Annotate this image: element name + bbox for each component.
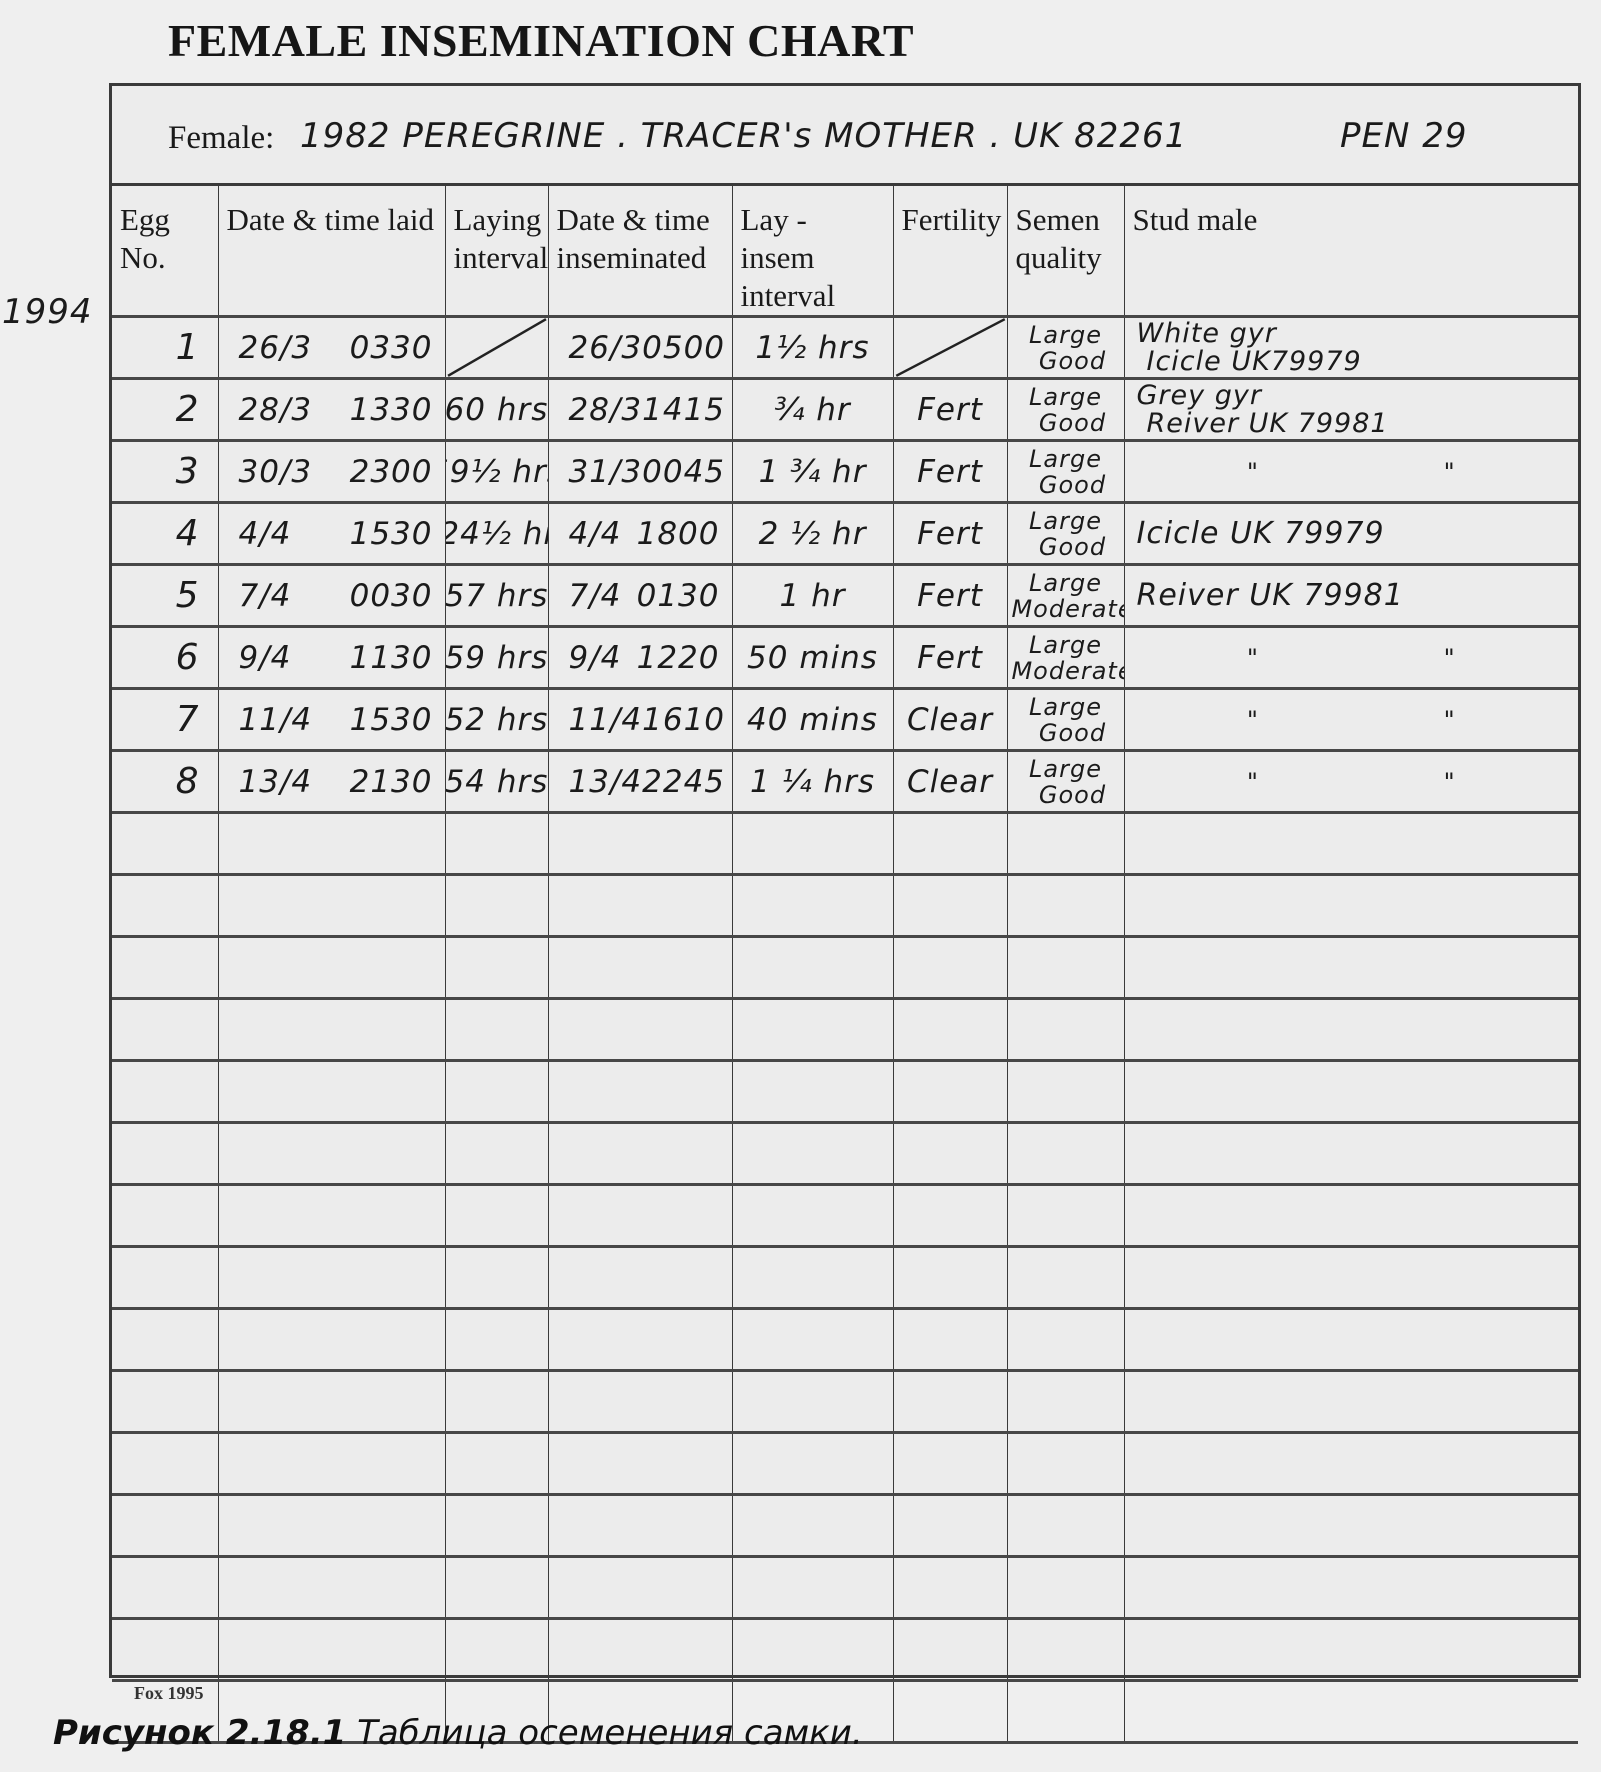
empty-table-row: [112, 1185, 1578, 1247]
semen-grade: Good: [1025, 534, 1106, 560]
ditto-mark: ": [1444, 644, 1456, 672]
lay-insem-interval: 1½ hrs: [733, 318, 893, 377]
semen-volume: Large: [1029, 632, 1102, 658]
table-header-row: Egg No. Date & time laid Laying interval…: [112, 183, 1578, 317]
ditto-mark: ": [1247, 706, 1259, 734]
laying-interval-empty: [445, 317, 548, 379]
lay-insem-interval: 50 mins: [733, 628, 893, 687]
date-time-inseminated: 13/42245: [549, 752, 732, 811]
insem-date: 11/4: [569, 702, 643, 738]
semen-volume: Large: [1029, 508, 1102, 534]
laid-date: 28/3: [239, 392, 313, 428]
insem-date: 26/3: [569, 330, 643, 366]
fertility: Fert: [894, 442, 1007, 501]
stud-male: Reiver UK 79981: [1125, 566, 1579, 625]
stud-male-id: Icicle UK 79979: [1137, 520, 1385, 548]
insem-time: 0500: [642, 330, 725, 366]
fertility: Clear: [894, 690, 1007, 749]
insem-time: 1415: [642, 392, 725, 428]
table-row: 69/4113059 hrs9/4122050 minsFertLargeMod…: [112, 627, 1578, 689]
laid-date: 26/3: [239, 330, 313, 366]
date-time-inseminated: 4/41800: [549, 504, 732, 563]
egg-number: 6: [112, 628, 218, 687]
egg-number: 7: [112, 690, 218, 749]
not-applicable-slash-icon: [446, 318, 548, 377]
column-header: Date & time inseminated: [548, 183, 732, 317]
semen-quality: LargeGood: [1008, 318, 1124, 377]
chart-title: FEMALE INSEMINATION CHART: [168, 14, 914, 67]
insem-time: 1610: [642, 702, 725, 738]
insemination-table: Egg No. Date & time laid Laying interval…: [112, 183, 1578, 1744]
ditto-mark: ": [1444, 768, 1456, 796]
semen-grade: Good: [1025, 720, 1106, 746]
lay-insem-interval: 1 ¼ hrs: [733, 752, 893, 811]
insem-date: 13/4: [569, 764, 643, 800]
stud-male: White gyrIcicle UK79979: [1125, 318, 1579, 377]
empty-table-row: [112, 1495, 1578, 1557]
laid-time: 2130: [350, 764, 433, 800]
insem-date: 31/3: [569, 454, 643, 490]
fertility-empty: [893, 317, 1007, 379]
year-note: 1994: [2, 292, 93, 332]
insem-date: 7/4: [569, 578, 622, 614]
female-pen: PEN 29: [1340, 116, 1468, 156]
insem-time: 0045: [642, 454, 725, 490]
stud-male-ditto: "": [1125, 628, 1579, 687]
laid-date: 9/4: [239, 640, 292, 676]
stud-male-ditto: "": [1125, 442, 1579, 501]
empty-table-row: [112, 937, 1578, 999]
laying-interval: 60 hrs: [446, 380, 548, 439]
empty-table-row: [112, 999, 1578, 1061]
table-row: 330/3230059½ hrs31/300451 ¾ hrFertLargeG…: [112, 441, 1578, 503]
ditto-mark: ": [1247, 768, 1259, 796]
semen-volume: Large: [1029, 570, 1102, 596]
semen-quality: LargeModerate: [1008, 628, 1124, 687]
ditto-mark: ": [1247, 458, 1259, 486]
laying-interval: 57 hrs: [446, 566, 548, 625]
laid-time: 0330: [350, 330, 433, 366]
table-row: 813/4213054 hrs13/422451 ¼ hrsClearLarge…: [112, 751, 1578, 813]
semen-grade: Moderate: [1007, 658, 1124, 684]
egg-number: 4: [112, 504, 218, 563]
table-row: 126/3033026/305001½ hrsLargeGoodWhite gy…: [112, 317, 1578, 379]
egg-number: 5: [112, 566, 218, 625]
female-row: Female: 1982 PEREGRINE . TRACER's MOTHER…: [112, 86, 1578, 186]
lay-insem-interval: 2 ½ hr: [733, 504, 893, 563]
table-row: 44/41530124½ hrs4/418002 ½ hrFertLargeGo…: [112, 503, 1578, 565]
laid-time: 1330: [350, 392, 433, 428]
lay-insem-interval: 40 mins: [733, 690, 893, 749]
column-header: Egg No.: [112, 183, 218, 317]
date-time-inseminated: 11/41610: [549, 690, 732, 749]
stud-male-id: Reiver UK 79981: [1137, 582, 1404, 610]
date-time-inseminated: 9/41220: [549, 628, 732, 687]
ditto-mark: ": [1444, 706, 1456, 734]
lay-insem-interval: 1 hr: [733, 566, 893, 625]
date-time-laid: 13/42130: [219, 752, 445, 811]
egg-number: 3: [112, 442, 218, 501]
lay-insem-interval: 1 ¾ hr: [733, 442, 893, 501]
date-time-inseminated: 28/31415: [549, 380, 732, 439]
stud-male: Grey gyrReiver UK 79981: [1125, 380, 1579, 439]
empty-table-row: [112, 813, 1578, 875]
semen-grade: Moderate: [1007, 596, 1124, 622]
semen-volume: Large: [1029, 756, 1102, 782]
insem-time: 2245: [642, 764, 725, 800]
table-row: 711/4153052 hrs11/4161040 minsClearLarge…: [112, 689, 1578, 751]
empty-table-row: [112, 1309, 1578, 1371]
column-header: Lay - insem interval: [732, 183, 893, 317]
table-row: 57/4003057 hrs7/401301 hrFertLargeModera…: [112, 565, 1578, 627]
date-time-inseminated: 31/30045: [549, 442, 732, 501]
semen-grade: Good: [1025, 348, 1106, 374]
stud-male-ditto: "": [1125, 690, 1579, 749]
fertility: Fert: [894, 504, 1007, 563]
fertility: Fert: [894, 628, 1007, 687]
semen-volume: Large: [1029, 384, 1102, 410]
semen-quality: LargeGood: [1008, 380, 1124, 439]
column-header: Date & time laid: [218, 183, 445, 317]
date-time-laid: 9/41130: [219, 628, 445, 687]
semen-quality: LargeGood: [1008, 442, 1124, 501]
date-time-inseminated: 7/40130: [549, 566, 732, 625]
column-header: Fertility: [893, 183, 1007, 317]
empty-table-row: [112, 1619, 1578, 1681]
laid-date: 30/3: [239, 454, 313, 490]
source-credit: Fox 1995: [134, 1683, 204, 1704]
empty-table-row: [112, 1123, 1578, 1185]
egg-number: 2: [112, 380, 218, 439]
date-time-laid: 11/41530: [219, 690, 445, 749]
empty-table-row: [112, 1247, 1578, 1309]
insem-time: 1220: [637, 640, 720, 676]
lay-insem-interval: ¾ hr: [733, 380, 893, 439]
empty-table-row: [112, 1061, 1578, 1123]
ditto-mark: ": [1247, 644, 1259, 672]
empty-table-row: [112, 875, 1578, 937]
fertility: Clear: [894, 752, 1007, 811]
date-time-laid: 4/41530: [219, 504, 445, 563]
stud-male: Icicle UK 79979: [1125, 504, 1579, 563]
laid-time: 1130: [350, 640, 433, 676]
laying-interval: 52 hrs: [446, 690, 548, 749]
stud-male-id: Reiver UK 79981: [1137, 410, 1389, 438]
column-header: Laying interval: [445, 183, 548, 317]
stud-male-breed: Grey gyr: [1137, 382, 1262, 410]
semen-quality: LargeGood: [1008, 752, 1124, 811]
laid-time: 1530: [350, 702, 433, 738]
figure-caption: Рисунок 2.18.1 Таблица осеменения самки.: [53, 1713, 863, 1753]
laying-interval: 54 hrs: [446, 752, 548, 811]
date-time-inseminated: 26/30500: [549, 318, 732, 377]
semen-quality: LargeGood: [1008, 504, 1124, 563]
figure-caption-text: Таблица осеменения самки.: [357, 1713, 863, 1753]
insemination-chart-form: Female: 1982 PEREGRINE . TRACER's MOTHER…: [109, 83, 1581, 1678]
laid-time: 1530: [350, 516, 433, 552]
egg-number: 8: [112, 752, 218, 811]
insem-date: 9/4: [569, 640, 622, 676]
date-time-laid: 30/32300: [219, 442, 445, 501]
semen-grade: Good: [1025, 410, 1106, 436]
semen-quality: LargeModerate: [1008, 566, 1124, 625]
figure-number: Рисунок 2.18.1: [53, 1713, 346, 1753]
stud-male-ditto: "": [1125, 752, 1579, 811]
laying-interval: 59½ hrs: [446, 442, 548, 501]
table-row: 228/3133060 hrs28/31415¾ hrFertLargeGood…: [112, 379, 1578, 441]
empty-table-row: [112, 1557, 1578, 1619]
date-time-laid: 26/30330: [219, 318, 445, 377]
ditto-mark: ": [1444, 458, 1456, 486]
stud-male-breed: White gyr: [1137, 320, 1277, 348]
insem-date: 28/3: [569, 392, 643, 428]
insem-time: 0130: [637, 578, 720, 614]
laid-date: 13/4: [239, 764, 313, 800]
fertility: Fert: [894, 566, 1007, 625]
empty-table-row: [112, 1371, 1578, 1433]
laying-interval: 124½ hrs: [446, 504, 548, 563]
laid-time: 0030: [350, 578, 433, 614]
semen-volume: Large: [1029, 694, 1102, 720]
laid-date: 4/4: [239, 516, 292, 552]
stud-male-id: Icicle UK79979: [1137, 348, 1362, 376]
date-time-laid: 28/31330: [219, 380, 445, 439]
column-header: Semen quality: [1007, 183, 1124, 317]
laid-date: 11/4: [239, 702, 313, 738]
laying-interval: 59 hrs: [446, 628, 548, 687]
laid-date: 7/4: [239, 578, 292, 614]
column-header: Stud male: [1124, 183, 1578, 317]
date-time-laid: 7/40030: [219, 566, 445, 625]
not-applicable-slash-icon: [894, 318, 1007, 377]
female-value: 1982 PEREGRINE . TRACER's MOTHER . UK 82…: [300, 116, 1187, 156]
semen-volume: Large: [1029, 446, 1102, 472]
semen-grade: Good: [1025, 782, 1106, 808]
semen-grade: Good: [1025, 472, 1106, 498]
female-label: Female:: [168, 120, 274, 157]
semen-volume: Large: [1029, 322, 1102, 348]
insem-time: 1800: [637, 516, 720, 552]
fertility: Fert: [894, 380, 1007, 439]
empty-table-row: [112, 1433, 1578, 1495]
laid-time: 2300: [350, 454, 433, 490]
egg-number: 1: [112, 318, 218, 377]
insem-date: 4/4: [569, 516, 622, 552]
semen-quality: LargeGood: [1008, 690, 1124, 749]
